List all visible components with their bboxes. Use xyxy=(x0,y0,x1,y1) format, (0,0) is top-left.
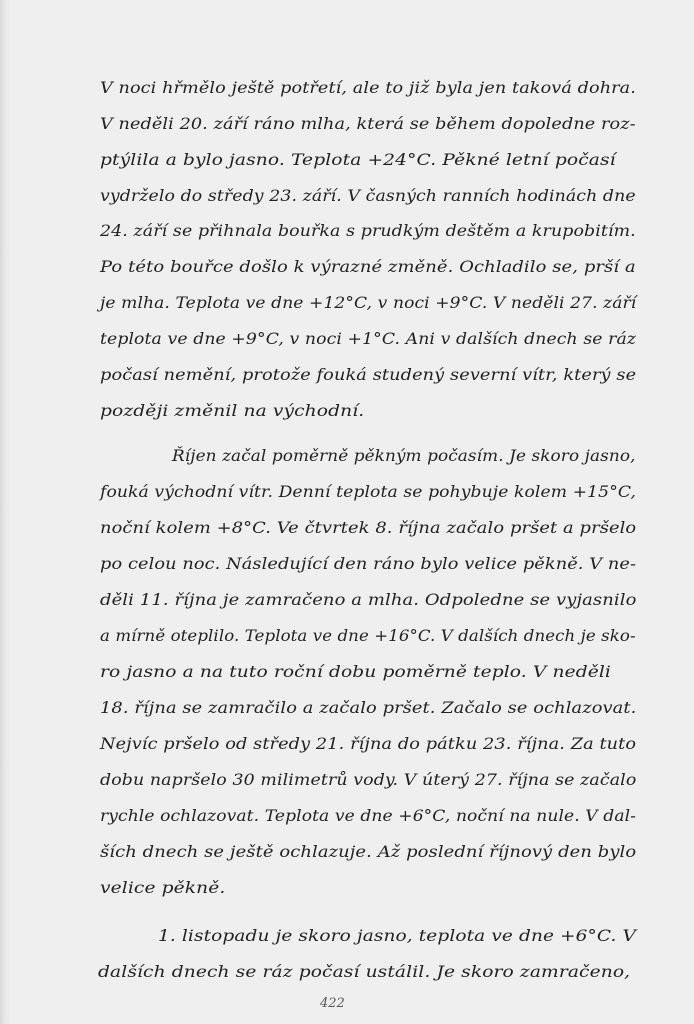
text-line: noční kolem +8°C. Ve čtvrtek 8. října za… xyxy=(100,518,636,537)
text-line: dalších dnech se ráz počasí ustálil. Je … xyxy=(98,962,630,981)
text-line: dobu napršelo 30 milimetrů vody. V úterý… xyxy=(100,770,636,789)
text-line: ptýlila a bylo jasno. Teplota +24°C. Pěk… xyxy=(100,150,616,169)
text-line: V noci hřmělo ještě potřetí, ale to již … xyxy=(100,78,636,97)
text-line-indented: Říjen začal poměrně pěkným počasím. Je s… xyxy=(172,446,636,465)
text-line: ro jasno a na tuto roční dobu poměrně te… xyxy=(100,662,611,681)
text-line: děli 11. října je zamračeno a mlha. Odpo… xyxy=(100,590,636,609)
text-line: 24. září se přihnala bouřka s prudkým de… xyxy=(100,221,636,240)
text-line: Po této bouřce došlo k výrazné změně. Oc… xyxy=(100,257,636,276)
text-line: velice pěkně. xyxy=(100,878,225,897)
text-line: počasí nemění, protože fouká studený sev… xyxy=(100,365,636,384)
text-line: později změnil na východní. xyxy=(100,401,364,420)
text-line: Nejvíc pršelo od středy 21. října do pát… xyxy=(100,734,636,753)
text-line: a mírně oteplilo. Teplota ve dne +16°C. … xyxy=(100,626,636,645)
page-number: 422 xyxy=(320,996,345,1011)
text-line: rychle ochlazovat. Teplota ve dne +6°C, … xyxy=(100,806,636,825)
page-binding-edge xyxy=(0,0,10,1024)
text-line: ších dnech se ještě ochlazuje. Až posled… xyxy=(100,842,636,861)
text-line: je mlha. Teplota ve dne +12°C, v noci +9… xyxy=(100,293,636,312)
text-line: V neděli 20. září ráno mlha, která se bě… xyxy=(100,114,636,133)
text-line: teplota ve dne +9°C, v noci +1°C. Ani v … xyxy=(100,329,636,348)
text-line: fouká východní vítr. Denní teplota se po… xyxy=(100,482,636,501)
text-line: vydrželo do středy 23. září. V časných r… xyxy=(100,186,636,205)
text-line-indented: 1. listopadu je skoro jasno, teplota ve … xyxy=(158,926,636,945)
text-line: po celou noc. Následující den ráno bylo … xyxy=(100,554,636,573)
text-line: 18. října se zamračilo a začalo pršet. Z… xyxy=(100,698,636,717)
